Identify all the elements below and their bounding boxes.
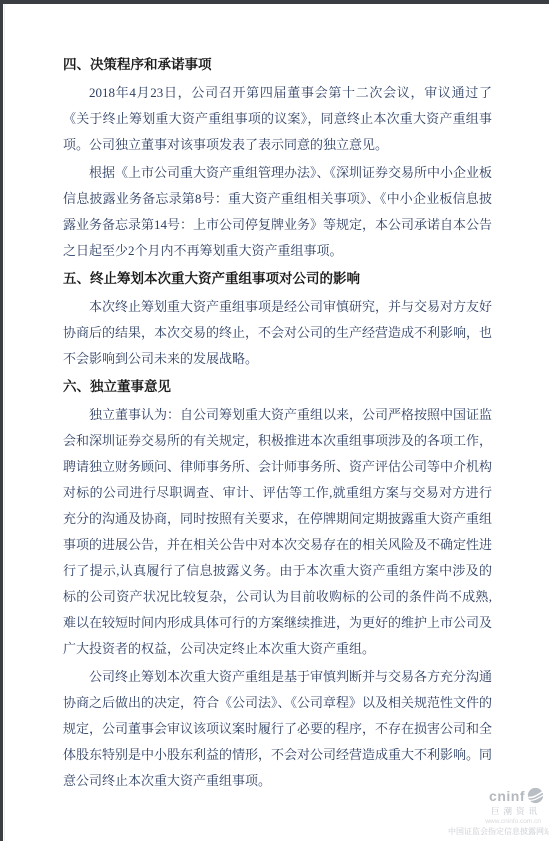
- cninfo-brand-name: 巨潮资讯: [448, 805, 541, 817]
- page-edge-shadow: [4, 4, 5, 841]
- paragraph-conclusion: 公司终止筹划本次重大资产重组是基于审慎判断并与交易各方充分沟通协商之后做出的决定…: [63, 664, 492, 794]
- paragraph-commitment: 根据《上市公司重大资产重组管理办法》、《深圳证券交易所中小企业板信息披露业务备忘…: [63, 160, 492, 264]
- section-heading-independent-directors: 六、独立董事意见: [63, 374, 492, 400]
- cninfo-watermark: cninf 巨潮资讯 www.cninfo.com.cn 中国证监会指定信息披露…: [448, 787, 549, 837]
- document-page: 四、决策程序和承诺事项 2018年4月23日，公司召开第四届董事会第十二次会议，…: [63, 50, 492, 796]
- cninfo-logo: cninf: [448, 787, 544, 804]
- viewer-left-edge: [0, 0, 3, 841]
- section-heading-decision-procedure: 四、决策程序和承诺事项: [63, 52, 492, 78]
- paragraph-board-meeting: 2018年4月23日，公司召开第四届董事会第十二次会议，审议通过了《关于终止筹划…: [63, 80, 492, 158]
- paragraph-independent-directors-opinion: 独立董事认为：自公司筹划重大资产重组以来，公司严格按照中国证监会和深圳证券交易所…: [63, 402, 492, 662]
- cninfo-tagline: 中国证监会指定信息披露网站: [448, 826, 549, 837]
- paragraph-impact: 本次终止筹划重大资产重组事项是经公司审慎研究，并与交易对方友好协商后的结果，本次…: [63, 294, 492, 372]
- cninfo-logo-text: cninf: [489, 788, 525, 804]
- cninfo-globe-icon: [527, 787, 544, 804]
- section-heading-impact: 五、终止筹划本次重大资产重组事项对公司的影响: [63, 266, 492, 292]
- cninfo-url: www.cninfo.com.cn: [448, 818, 541, 825]
- viewer-top-edge: [0, 0, 549, 4]
